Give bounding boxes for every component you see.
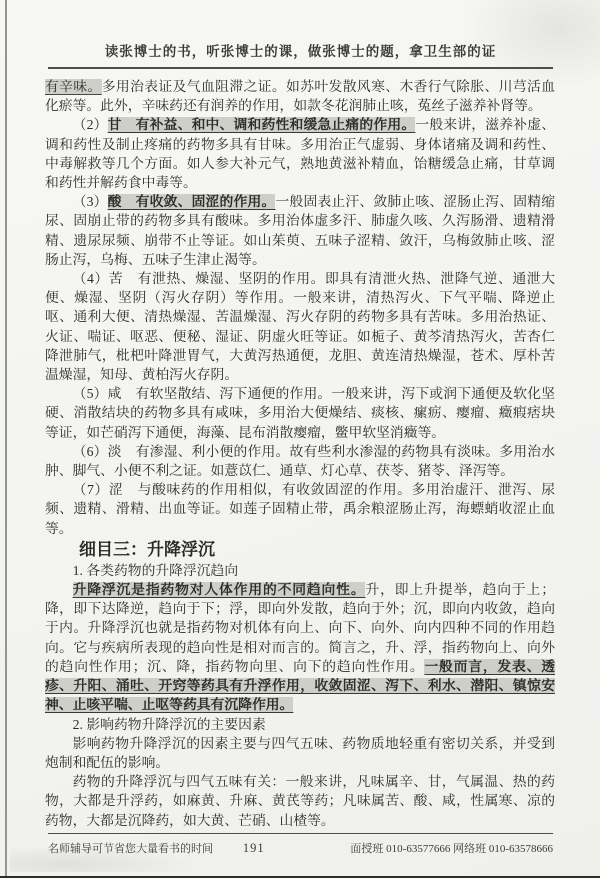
highlighted-text: 酸 有收敛、固涩的作用。 <box>108 194 276 209</box>
footer-contact-info: 面授班 010-63577666 网络班 010-63578666 <box>350 840 553 856</box>
text-segment: 多用治表证及气血阻滞之证。如苏叶发散风寒、木香行气除胀、川芎活血化瘀等。此外，辛… <box>45 79 555 113</box>
content-area: 有辛味。多用治表证及气血阻滞之证。如苏叶发散风寒、木香行气除胀、川芎活血化瘀等。… <box>45 77 555 830</box>
highlighted-text: 甘 有补益、和中、调和药性和缓急止痛的作用。 <box>108 117 416 132</box>
paragraph: 影响药物升降浮沉的因素主要与四气五味、药物质地轻重有密切关系，并受到炮制和配伍的… <box>45 734 555 772</box>
footer-left-slogan: 名师辅导可节省您大量看书的时间 <box>48 840 213 856</box>
text-segment: 1. 各类药物的升降浮沉趋向 <box>73 563 239 578</box>
header-rule <box>48 67 553 69</box>
paragraph: 升降浮沉是指药物对人体作用的不同趋向性。升，即上升提举，趋向于上；降，即下达降逆… <box>45 580 555 714</box>
scanned-textbook-page: { "page": { "header": { "slogan": "读张博士的… <box>0 0 600 878</box>
header-slogan: 读张博士的书，听张博士的课，做张博士的题，拿卫生部的证 <box>48 40 553 60</box>
paragraph: 2. 影响药物升降浮沉的主要因素 <box>45 715 555 734</box>
section-heading: 细目三：升降浮沉 <box>45 538 555 561</box>
paragraph: （7）涩 与酸味药的作用相似，有收敛固涩的作用。多用治虚汗、泄泻、尿频、遗精、滑… <box>45 480 555 538</box>
paragraph: 有辛味。多用治表证及气血阻滞之证。如苏叶发散风寒、木香行气除胀、川芎活血化瘀等。… <box>45 77 555 115</box>
highlighted-text: 升降浮沉是指药物对人体作用的不同趋向性。 <box>73 582 366 597</box>
text-segment: 影响药物升降浮沉的因素主要与四气五味、药物质地轻重有密切关系，并受到炮制和配伍的… <box>45 736 555 770</box>
footer: 名师辅导可节省您大量看书的时间 191 面授班 010-63577666 网络班… <box>48 840 553 856</box>
text-segment: 细目三：升降浮沉 <box>79 540 215 559</box>
text-segment: （7）涩 与酸味药的作用相似，有收敛固涩的作用。多用治虚汗、泄泻、尿频、遗精、滑… <box>45 482 555 535</box>
text-segment: （2） <box>73 117 108 132</box>
paragraph: （5）咸 有软坚散结、泻下通便的作用。一般来讲，泻下或润下通便及软化坚硬、消散结… <box>45 384 555 442</box>
text-segment: （3） <box>73 194 108 209</box>
paragraph: （2）甘 有补益、和中、调和药性和缓急止痛的作用。一般来讲，滋养补虚、调和药性及… <box>45 115 555 192</box>
text-segment: （5）咸 有软坚散结、泻下通便的作用。一般来讲，泻下或润下通便及软化坚硬、消散结… <box>45 386 555 439</box>
paragraph: 1. 各类药物的升降浮沉趋向 <box>45 561 555 580</box>
paragraph: （4）苦 有泄热、燥湿、坚阴的作用。即具有清泄火热、泄降气逆、通泄大便、燥湿、坚… <box>45 269 555 384</box>
text-segment: 2. 影响药物升降浮沉的主要因素 <box>73 717 266 732</box>
highlighted-text: 有辛味。 <box>45 79 102 94</box>
paragraph: 药物的升降浮沉与四气五味有关：一般来讲，凡味属辛、甘，气属温、热的药物，大都是升… <box>45 772 555 830</box>
footer-rule <box>48 833 553 835</box>
scan-edge-left <box>5 0 7 878</box>
text-segment: 药物的升降浮沉与四气五味有关：一般来讲，凡味属辛、甘，气属温、热的药物，大都是升… <box>45 774 555 827</box>
paragraph: （3）酸 有收敛、固涩的作用。一般固表止汗、敛肺止咳、涩肠止泻、固精缩尿、固崩止… <box>45 192 555 269</box>
paragraph: （6）淡 有渗湿、利小便的作用。故有些利水渗湿的药物具有淡味。多用治水肿、脚气、… <box>45 442 555 480</box>
page-number: 191 <box>243 841 265 856</box>
text-segment: （4）苦 有泄热、燥湿、坚阴的作用。即具有清泄火热、泄降气逆、通泄大便、燥湿、坚… <box>45 271 555 382</box>
text-segment: （6）淡 有渗湿、利小便的作用。故有些利水渗湿的药物具有淡味。多用治水肿、脚气、… <box>45 444 555 478</box>
